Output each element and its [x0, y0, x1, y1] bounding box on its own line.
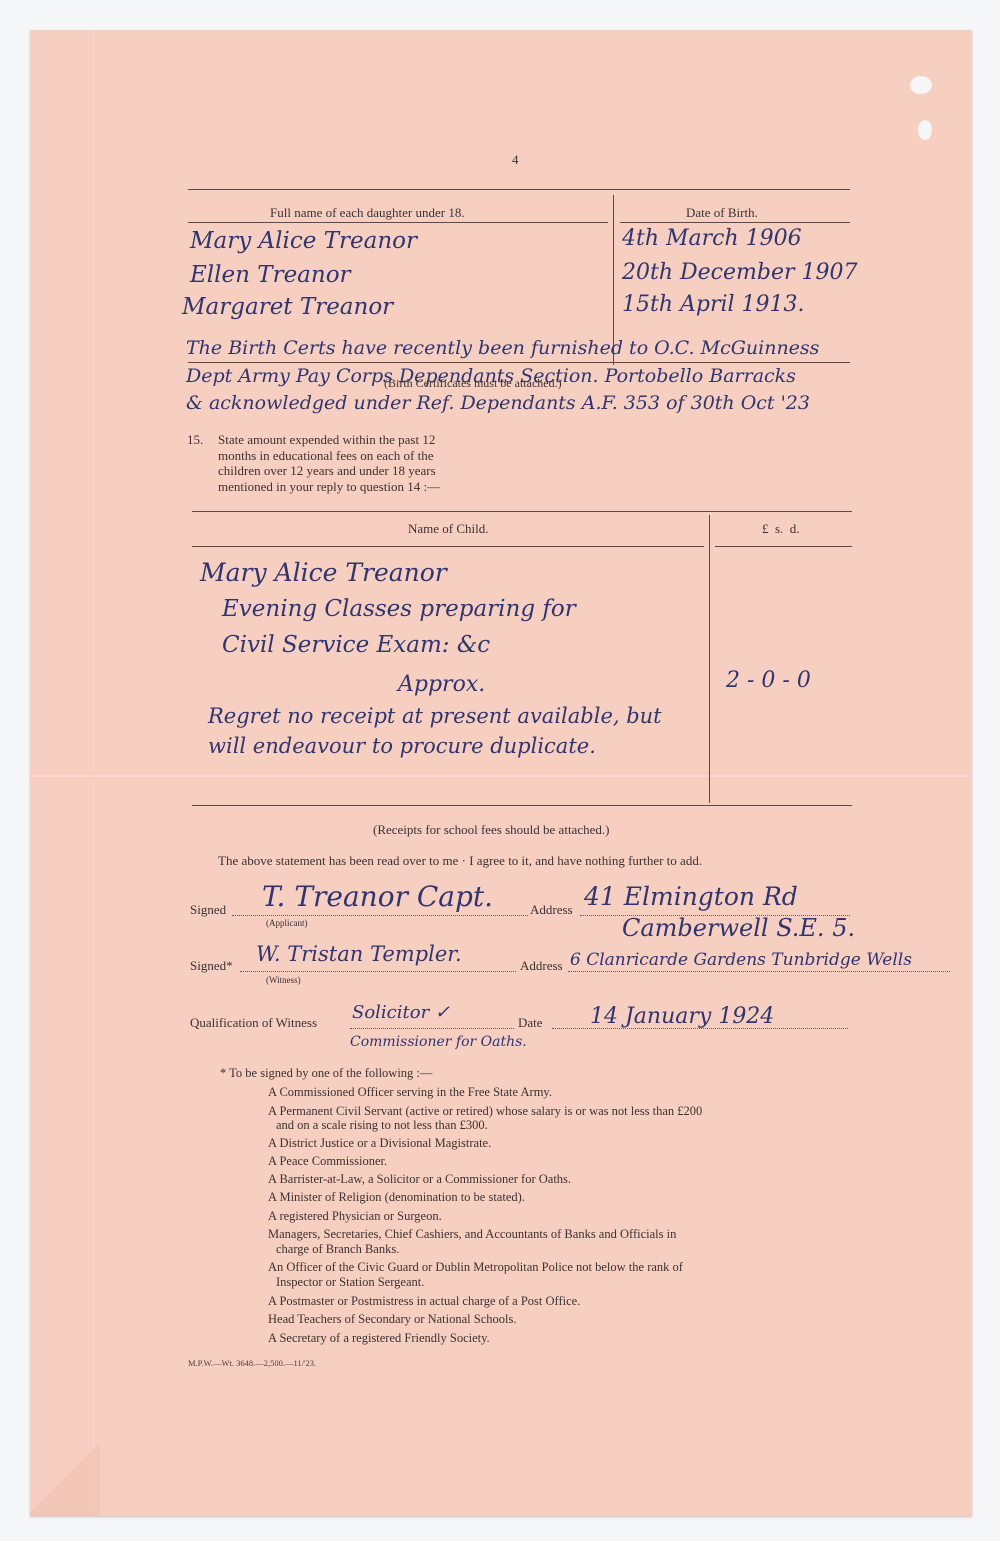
signatory-item: Managers, Secretaries, Chief Cashiers, a…: [268, 1227, 676, 1242]
signatory-item-cont: charge of Branch Banks.: [276, 1242, 399, 1257]
receipt-note: will endeavour to procure duplicate.: [208, 734, 596, 758]
signatory-item: A District Justice or a Divisional Magis…: [268, 1136, 491, 1151]
fee-amount: 2 - 0 - 0: [726, 668, 811, 693]
signatory-item: A Permanent Civil Servant (active or ret…: [268, 1104, 702, 1119]
daughter-dob: 20th December 1907: [622, 260, 857, 285]
birth-cert-footnote: (Birth Certificates must be attached.): [384, 376, 562, 391]
signatory-item: Head Teachers of Secondary or National S…: [268, 1312, 516, 1327]
witness-address[interactable]: 6 Clanricarde Gardens Tunbridge Wells: [570, 950, 912, 970]
table-top-rule: [188, 189, 850, 190]
daughter-dob: 15th April 1913.: [622, 292, 805, 317]
fee-description: Evening Classes preparing for: [222, 596, 576, 622]
header-rule: [188, 222, 608, 223]
witness-sublabel: (Witness): [266, 975, 301, 985]
header-date-of-birth: Date of Birth.: [686, 205, 758, 221]
question-line: State amount expended within the past 12: [218, 432, 440, 448]
question-line: children over 12 years and under 18 year…: [218, 463, 440, 479]
signatory-item: A Barrister-at-Law, a Solicitor or a Com…: [268, 1172, 571, 1187]
signatory-item-cont: Inspector or Station Sergeant.: [276, 1275, 424, 1290]
folded-corner: [30, 1440, 100, 1516]
daughter-name: Margaret Treanor: [182, 294, 393, 320]
fee-description: Civil Service Exam: &c: [222, 632, 490, 658]
page-number: 4: [512, 152, 519, 168]
receipts-footnote: (Receipts for school fees should be atta…: [373, 822, 609, 838]
applicant-address-line1[interactable]: 41 Elmington Rd: [584, 882, 798, 911]
applicant-sublabel: (Applicant): [266, 918, 307, 928]
punch-hole-icon: [910, 76, 932, 94]
signatory-item-cont: and on a scale rising to not less than £…: [276, 1118, 488, 1133]
print-code: M.P.W.—Wt. 3648.—2,500.—11/'23.: [188, 1358, 316, 1368]
qualification-label: Qualification of Witness: [190, 1015, 317, 1031]
address-label: Address: [530, 902, 573, 918]
declaration-statement: The above statement has been read over t…: [218, 853, 702, 869]
header-child-name: Name of Child.: [408, 521, 489, 537]
question-line: months in educational fees on each of th…: [218, 448, 440, 464]
signed-label: Signed: [190, 902, 226, 918]
question-line: mentioned in your reply to question 14 :…: [218, 479, 440, 495]
paper-fold-horizontal: [30, 773, 972, 779]
date-label: Date: [518, 1015, 543, 1031]
witness-signed-label: Signed*: [190, 958, 233, 974]
date-value[interactable]: 14 January 1924: [590, 1004, 774, 1029]
signatory-item: A registered Physician or Surgeon.: [268, 1209, 442, 1224]
approx-label: Approx.: [398, 672, 485, 697]
table-bottom-rule: [188, 362, 850, 363]
child-name: Mary Alice Treanor: [200, 558, 447, 587]
signatory-item: A Minister of Religion (denomination to …: [268, 1190, 525, 1205]
fees-table-bottom-rule: [192, 805, 852, 806]
header-rule: [620, 222, 850, 223]
qualification-value[interactable]: Solicitor ✓: [352, 1002, 450, 1023]
header-daughter-name: Full name of each daughter under 18.: [270, 205, 465, 221]
witness-address-label: Address: [520, 958, 563, 974]
applicant-signature[interactable]: T. Treanor Capt.: [262, 880, 493, 913]
signatory-item: A Peace Commissioner.: [268, 1154, 387, 1169]
daughter-name: Ellen Treanor: [190, 262, 351, 288]
punch-hole-icon: [918, 120, 932, 140]
header-amount: £ s. d.: [762, 521, 800, 537]
applicant-address-line2[interactable]: Camberwell S.E. 5.: [622, 914, 855, 942]
signatory-item: A Secretary of a registered Friendly Soc…: [268, 1331, 490, 1346]
fees-table-top-rule: [192, 511, 852, 512]
fees-column-divider: [709, 515, 710, 803]
fees-header-rule: [715, 546, 852, 547]
handwritten-note-line: The Birth Certs have recently been furni…: [186, 337, 819, 359]
fees-header-rule: [192, 546, 704, 547]
question-15-text: State amount expended within the past 12…: [218, 432, 440, 494]
signatory-item: A Postmaster or Postmistress in actual c…: [268, 1294, 580, 1309]
question-15-number: 15.: [187, 432, 203, 448]
daughter-name: Mary Alice Treanor: [190, 228, 417, 254]
signatory-item: An Officer of the Civic Guard or Dublin …: [268, 1260, 683, 1275]
handwritten-note-line: & acknowledged under Ref. Dependants A.F…: [186, 392, 810, 414]
signatories-intro: * To be signed by one of the following :…: [220, 1066, 432, 1081]
witness-signature[interactable]: W. Tristan Templer.: [256, 942, 462, 966]
receipt-note: Regret no receipt at present available, …: [208, 704, 662, 728]
daughter-dob: 4th March 1906: [622, 226, 802, 251]
signatory-item: A Commissioned Officer serving in the Fr…: [268, 1085, 552, 1100]
qualification-value-line2[interactable]: Commissioner for Oaths.: [350, 1034, 527, 1050]
